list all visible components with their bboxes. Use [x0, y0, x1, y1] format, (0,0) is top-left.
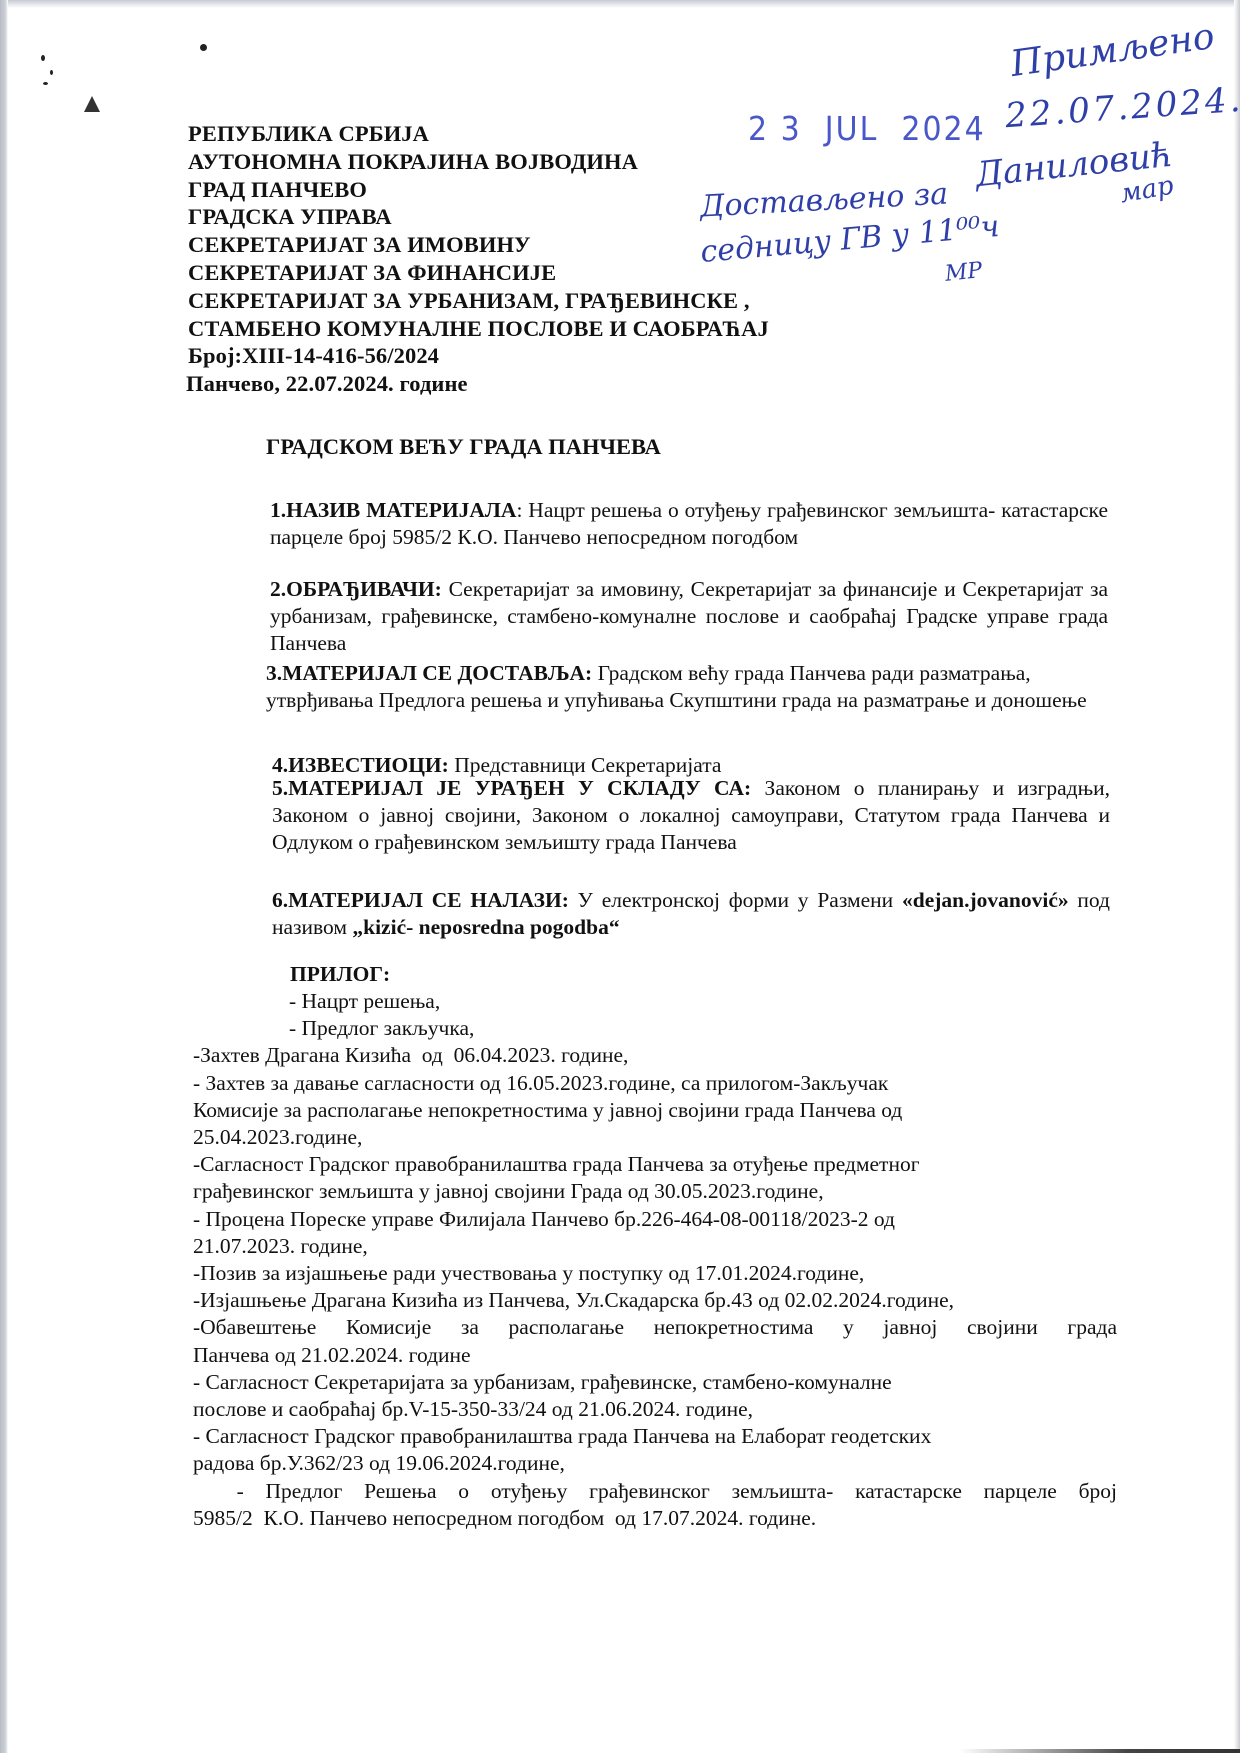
- section-text: Представници Секретаријата: [449, 753, 722, 777]
- attachment-item: грађевинског земљишта у јавној својини Г…: [193, 1178, 1117, 1205]
- attachments-list: - Нацрт решења, - Предлог закључка, -Зах…: [193, 988, 1117, 1532]
- scan-speck: [43, 82, 48, 85]
- issuer-header: РЕПУБЛИКА СРБИЈА АУТОНОМНА ПОКРАЈИНА ВОЈ…: [188, 120, 769, 398]
- scan-edge-top: [0, 0, 1240, 8]
- handwritten-received-date: 22.07.2024.: [1004, 80, 1240, 137]
- attachment-item: -Позив за изјашњење ради учествовања у п…: [193, 1260, 1117, 1287]
- attachment-item: - Процена Пореске управе Филијала Панчев…: [193, 1206, 1117, 1233]
- header-line: РЕПУБЛИКА СРБИЈА: [188, 120, 769, 148]
- document-number: Број:XIII-14-416-56/2024: [188, 342, 769, 370]
- attachment-item: Комисије за располагање непокретностима …: [193, 1097, 1117, 1124]
- attachment-item: радова бр.У.362/23 од 19.06.2024.године,: [193, 1450, 1117, 1477]
- section-location: 6.МАТЕРИЈАЛ СЕ НАЛАЗИ: У електронској фо…: [272, 887, 1110, 941]
- header-line: ГРАД ПАНЧЕВО: [188, 176, 769, 204]
- header-line: ГРАДСКА УПРАВА: [188, 203, 769, 231]
- scan-edge-left: [0, 0, 8, 1753]
- attachment-item: - Предлог Решења о отуђењу грађевинског …: [193, 1478, 1117, 1505]
- attachment-item: - Нацрт решења,: [193, 988, 1117, 1015]
- section-label: 5.МАТЕРИЈАЛ ЈЕ УРАЂЕН У СКЛАДУ СА:: [272, 776, 751, 800]
- scan-speck: [50, 70, 53, 75]
- section-label: 4.ИЗВЕСТИОЦИ:: [272, 753, 449, 777]
- attachment-item: - Предлог закључка,: [193, 1015, 1117, 1042]
- attachment-item: Панчева од 21.02.2024. године: [193, 1342, 1117, 1369]
- section-submitted-to: 3.МАТЕРИЈАЛ СЕ ДОСТАВЉА: Градском већу г…: [266, 660, 1116, 714]
- section-label: 2.ОБРАЂИВАЧИ:: [270, 577, 442, 601]
- scan-edge-bottom: [960, 1749, 1240, 1753]
- attachment-item: -Сагласност Градског правобранилаштва гр…: [193, 1151, 1117, 1178]
- scan-speck: [84, 96, 100, 112]
- header-line: АУТОНОМНА ПОКРАЈИНА ВОЈВОДИНА: [188, 148, 769, 176]
- exchange-folder-name: „kizić- neposredna pogodba“: [352, 915, 619, 939]
- scan-speck: [200, 44, 207, 51]
- scan-edge-right: [1234, 0, 1240, 1753]
- attachment-item: 5985/2 К.О. Панчево непосредном погодбом…: [193, 1505, 1117, 1532]
- header-line: СЕКРЕТАРИЈАТ ЗА ФИНАНСИЈЕ: [188, 259, 769, 287]
- section-label: 1.НАЗИВ МАТЕРИЈАЛА: [270, 498, 516, 522]
- received-date-stamp: 2 3 JUL 2024: [748, 110, 986, 149]
- attachments-title: ПРИЛОГ:: [290, 962, 390, 987]
- attachment-item: послове и саобраћај бр.V-15-350-33/24 од…: [193, 1396, 1117, 1423]
- section-legal-basis: 5.МАТЕРИЈАЛ ЈЕ УРАЂЕН У СКЛАДУ СА: Закон…: [272, 775, 1110, 856]
- section-label: 6.МАТЕРИЈАЛ СЕ НАЛАЗИ:: [272, 888, 569, 912]
- section-prepared-by: 2.ОБРАЂИВАЧИ: Секретаријат за имовину, С…: [270, 576, 1108, 657]
- handwritten-delivered-initials: МР: [944, 258, 984, 287]
- handwritten-received: Примљено: [1008, 16, 1217, 85]
- attachment-item: 25.04.2023.године,: [193, 1124, 1117, 1151]
- attachment-item: -Обавештење Комисије за располагање непо…: [193, 1314, 1117, 1341]
- header-line: СТАМБЕНО КОМУНАЛНЕ ПОСЛОВЕ И САОБРАЋАЈ: [188, 315, 769, 343]
- header-line: СЕКРЕТАРИЈАТ ЗА УРБАНИЗАМ, ГРАЂЕВИНСКЕ ,: [188, 287, 769, 315]
- place-date: Панчево, 22.07.2024. године: [186, 370, 769, 398]
- attachment-item: - Сагласност Градског правобранилаштва г…: [193, 1423, 1117, 1450]
- attachment-item: - Захтев за давање сагласности од 16.05.…: [193, 1070, 1117, 1097]
- exchange-username: «dejan.jovanović»: [902, 888, 1069, 912]
- section-label: 3.МАТЕРИЈАЛ СЕ ДОСТАВЉА:: [266, 661, 592, 685]
- attachment-item: -Захтев Драгана Кизића од 06.04.2023. го…: [193, 1042, 1117, 1069]
- scan-speck: [41, 55, 45, 61]
- attachment-item: - Сагласност Секретаријата за урбанизам,…: [193, 1369, 1117, 1396]
- recipient-title: ГРАДСКОМ ВЕЋУ ГРАДА ПАНЧЕВА: [266, 434, 661, 460]
- header-line: СЕКРЕТАРИЈАТ ЗА ИМОВИНУ: [188, 231, 769, 259]
- attachment-item: 21.07.2023. године,: [193, 1233, 1117, 1260]
- section-text: У електронској форми у Размени: [569, 888, 902, 912]
- attachment-item: -Изјашњење Драгана Кизића из Панчева, Ул…: [193, 1287, 1117, 1314]
- section-material-name: 1.НАЗИВ МАТЕРИЈАЛА: Нацрт решења о отуђе…: [270, 497, 1108, 551]
